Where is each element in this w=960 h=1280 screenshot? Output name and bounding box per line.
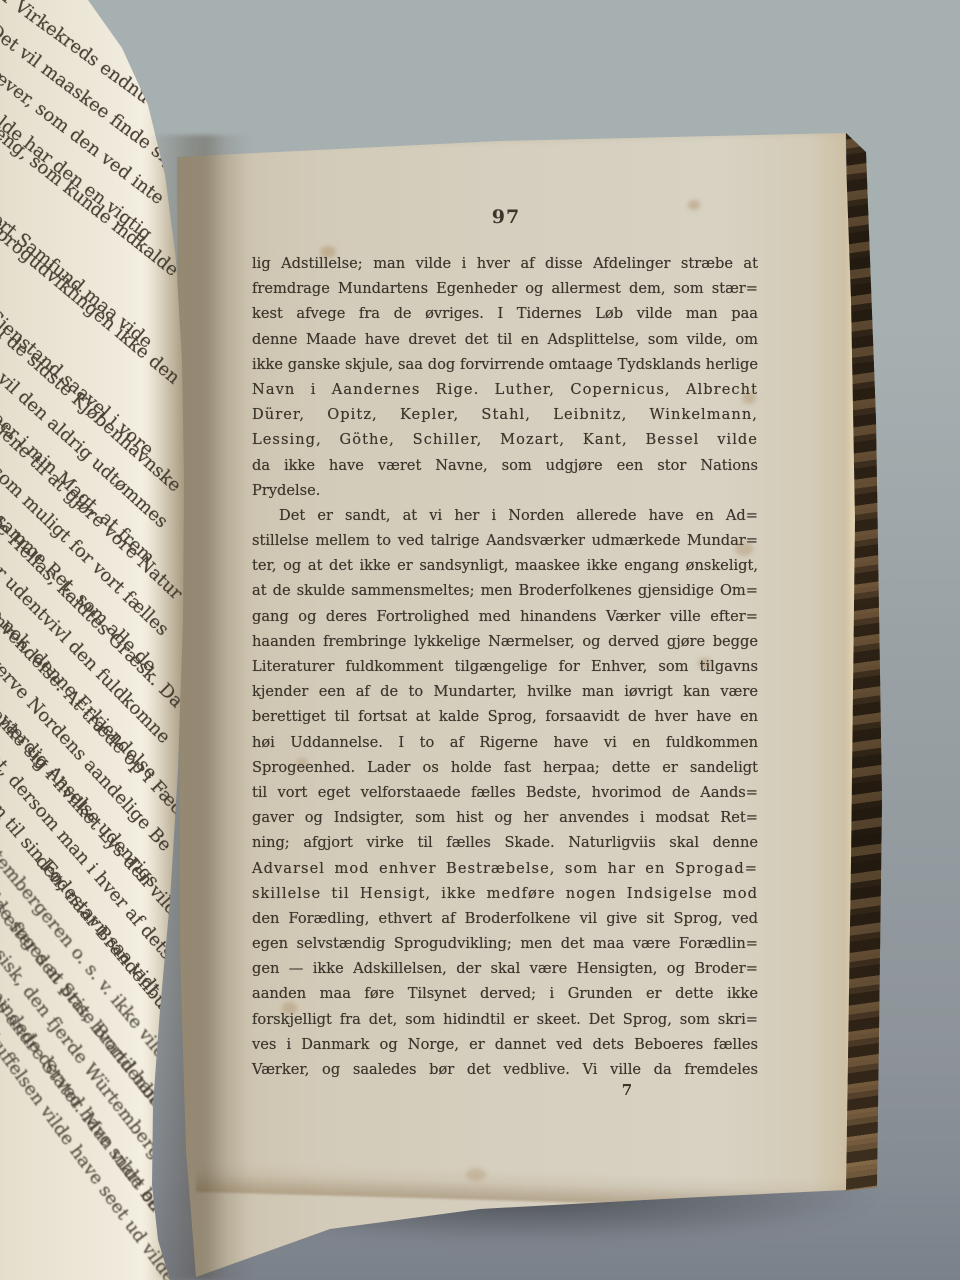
signature-mark: 7 — [597, 1081, 657, 1099]
text-line: forskjelligt fra det, som hidindtil er s… — [252, 1007, 758, 1032]
text-line: denne Maade have drevet det til en Adspl… — [252, 327, 758, 352]
text-line: høi Uddannelse. I to af Rigerne have vi … — [252, 730, 758, 755]
page-number: 97 — [253, 206, 759, 228]
text-line: til vort eget velforstaaede fælles Bedst… — [252, 780, 758, 805]
text-line: kest afvege fra de øvriges. I Tidernes L… — [252, 301, 758, 326]
text-line: Prydelse. — [252, 478, 758, 503]
text-line: at de skulde sammensmeltes; men Broderfo… — [252, 578, 758, 603]
text-line: Sprogeenhed. Lader os holde fast herpaa;… — [252, 755, 758, 780]
text-line: Advarsel mod enhver Bestræbelse, som har… — [252, 856, 758, 881]
text-line: lig Adstillelse; man vilde i hver af dis… — [252, 251, 758, 276]
text-line: ikke ganske skjule, saa dog forvirrende … — [252, 352, 758, 377]
text-line: den Forædling, ethvert af Broderfolkene … — [252, 906, 758, 931]
text-line: Det er sandt, at vi her i Norden allered… — [252, 503, 758, 528]
text-line: egen selvstændig Sprogudvikling; men det… — [252, 931, 758, 956]
text-line: Dürer, Opitz, Kepler, Stahl, Leibnitz, W… — [252, 402, 758, 427]
text-line: gen — ikke Adskillelsen, der skal være H… — [252, 956, 758, 981]
text-line: Navn i Aandernes Rige. Luther, Copernicu… — [252, 377, 758, 402]
text-line: kjender een af de to Mundarter, hvilke m… — [252, 679, 758, 704]
text-line: stillelse mellem to ved talrige Aandsvær… — [252, 528, 758, 553]
text-line: Lessing, Göthe, Schiller, Mozart, Kant, … — [252, 427, 758, 452]
text-line: ves i Danmark og Norge, er dannet ved de… — [252, 1032, 758, 1057]
text-line: ning; afgjort virke til fælles Skade. Na… — [252, 830, 758, 855]
text-line: aanden maa føre Tilsynet derved; i Grund… — [252, 981, 758, 1006]
text-line: gaver og Indsigter, som hist og her anve… — [252, 805, 758, 830]
text-line: Værker, og saaledes bør det vedblive. Vi… — [252, 1057, 758, 1082]
photo-open-book: 97 lig Adstillelse; man vilde i hver af … — [0, 0, 960, 1280]
text-line: skillelse til Hensigt, ikke medføre noge… — [252, 881, 758, 906]
text-line: haanden frembringe lykkelige Nærmelser, … — [252, 629, 758, 654]
foxing-spot — [466, 1168, 486, 1181]
text-line: da ikke have været Navne, som udgjøre ee… — [252, 453, 758, 478]
text-line: fremdrage Mundartens Egenheder og allerm… — [252, 276, 758, 301]
text-line: berettiget til fortsat at kalde Sprog, f… — [252, 704, 758, 729]
right-page-lines: lig Adstillelse; man vilde i hver af dis… — [252, 251, 758, 1082]
text-line: Literaturer fuldkomment tilgængelige for… — [252, 654, 758, 679]
text-line: gang og deres Fortrolighed med hinandens… — [252, 604, 758, 629]
text-line: ter, og at det ikke er sandsynligt, maas… — [252, 553, 758, 578]
